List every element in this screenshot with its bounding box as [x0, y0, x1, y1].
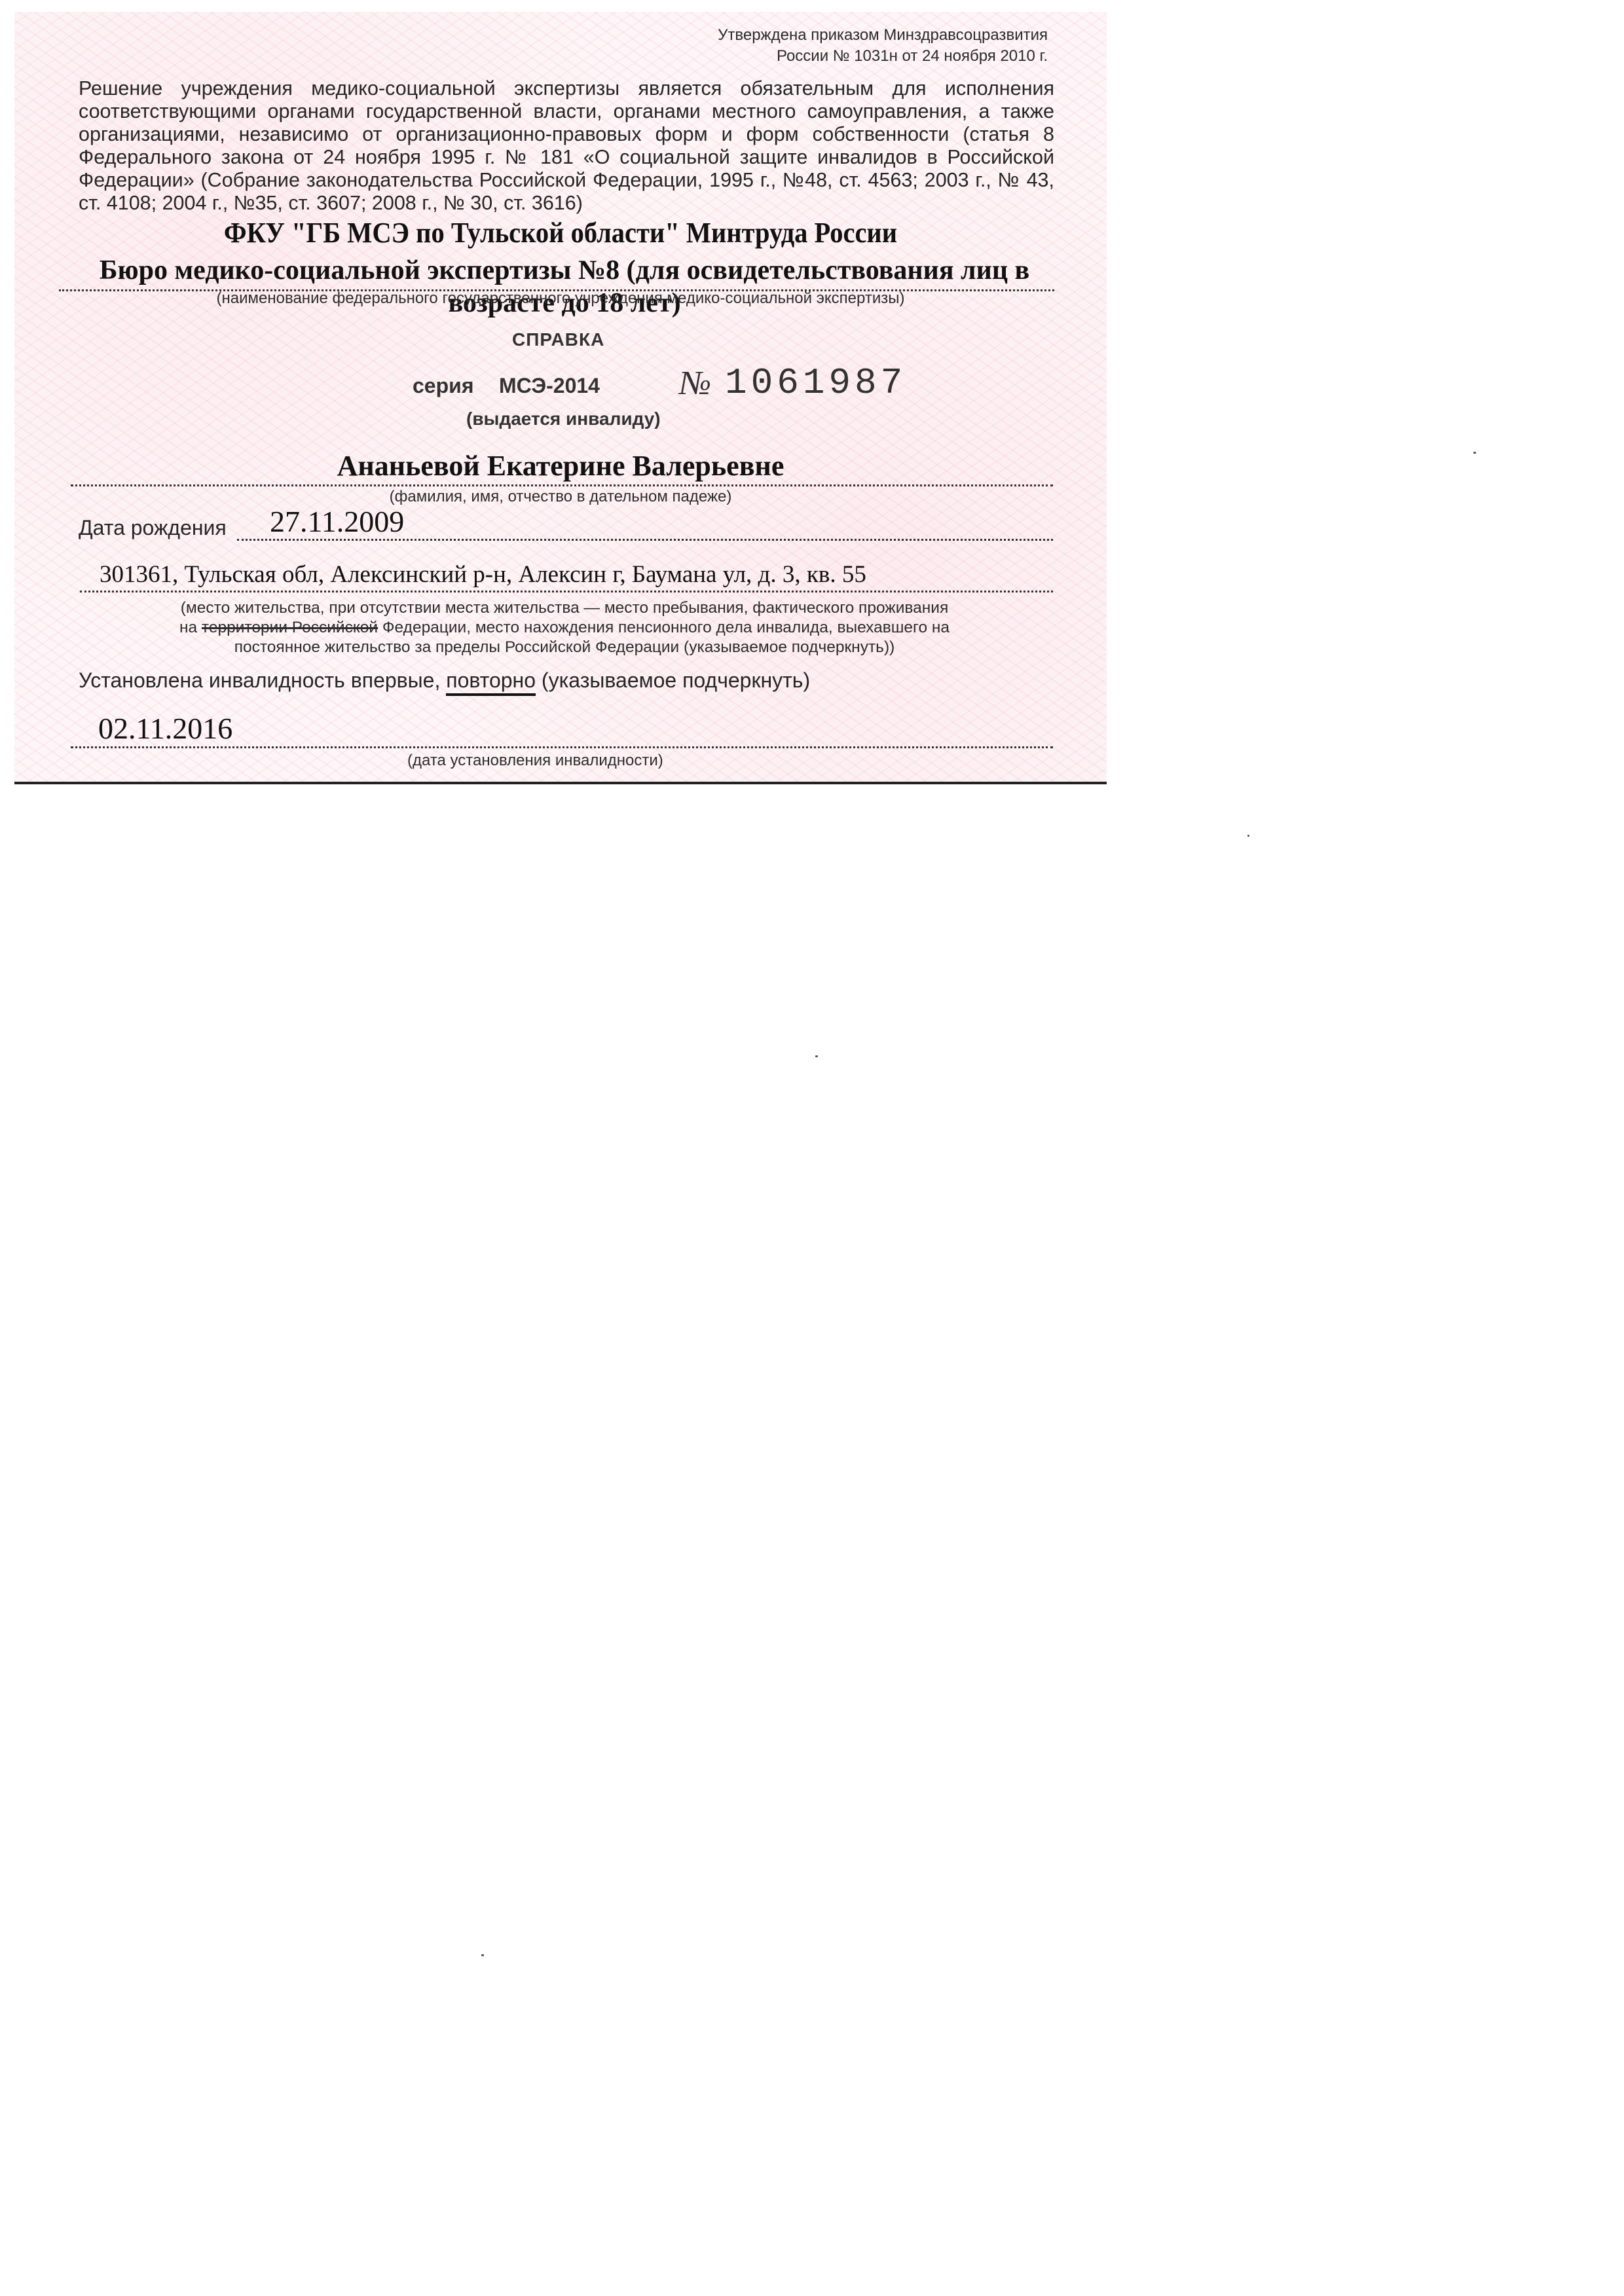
established-selected: повторно: [446, 668, 536, 696]
recipient-name: Ананьевой Екатерине Валерьевне: [14, 449, 1107, 483]
recipient-address: 301361, Тульская обл, Алексинский р-н, А…: [100, 560, 866, 589]
scan-speck: [815, 1055, 818, 1057]
number-sign: №: [679, 364, 711, 403]
series-value: МСЭ-2014: [499, 374, 600, 398]
name-caption: (фамилия, имя, отчество в дательном паде…: [14, 488, 1107, 506]
address-caption-line-2: на территории Российской Федерации, мест…: [80, 618, 1049, 638]
certificate-heading: СПРАВКА: [512, 329, 604, 350]
approval-line-2: России № 1031н от 24 ноября 2010 г.: [718, 46, 1048, 67]
dob-label: Дата рождения: [79, 516, 227, 540]
address-caption-prefix: на: [179, 619, 202, 636]
legal-notice: Решение учреждения медико-социальной экс…: [79, 77, 1054, 215]
name-underline: [71, 484, 1053, 486]
scan-speck: [481, 1954, 484, 1956]
dob-value: 27.11.2009: [270, 504, 404, 539]
dob-underline: [237, 539, 1053, 541]
scan-speck: [1247, 835, 1249, 837]
bureau-name: Бюро медико-социальной экспертизы №8 (дл…: [73, 254, 1056, 319]
disability-date-underline: [71, 746, 1053, 748]
address-underline: [80, 591, 1053, 592]
bureau-name-text: Бюро медико-социальной экспертизы №8 (дл…: [100, 255, 1029, 318]
approval-line-1: Утверждена приказом Минздравсоцразвития: [718, 25, 1048, 46]
certificate-paper: Утверждена приказом Минздравсоцразвития …: [14, 12, 1107, 784]
scan-speck: [1473, 452, 1476, 454]
series-label: серия: [413, 374, 473, 398]
address-caption-line-3: постоянное жительство за пределы Российс…: [80, 638, 1049, 657]
disability-established: Установлена инвалидность впервые, повтор…: [79, 668, 810, 693]
organization-title: ФКУ "ГБ МСЭ по Тульской области" Минтруд…: [58, 216, 1063, 249]
approval-note: Утверждена приказом Минздравсоцразвития …: [718, 25, 1048, 67]
bureau-caption: (наименование федерального государственн…: [14, 289, 1107, 308]
disability-date: 02.11.2016: [98, 711, 232, 746]
established-suffix: (указываемое подчеркнуть): [536, 668, 810, 692]
address-caption-struck: территории Российской: [202, 619, 378, 636]
disability-date-caption: (дата установления инвалидности): [407, 752, 663, 770]
address-caption: (место жительства, при отсутствии места …: [80, 598, 1049, 657]
address-caption-line-1: (место жительства, при отсутствии места …: [80, 598, 1049, 618]
established-prefix: Установлена инвалидность впервые,: [79, 668, 446, 692]
address-caption-rest: Федерации, место нахождения пенсионного …: [378, 619, 950, 636]
certificate-number: 1061987: [725, 362, 906, 404]
issued-to-note: (выдается инвалиду): [466, 409, 661, 429]
